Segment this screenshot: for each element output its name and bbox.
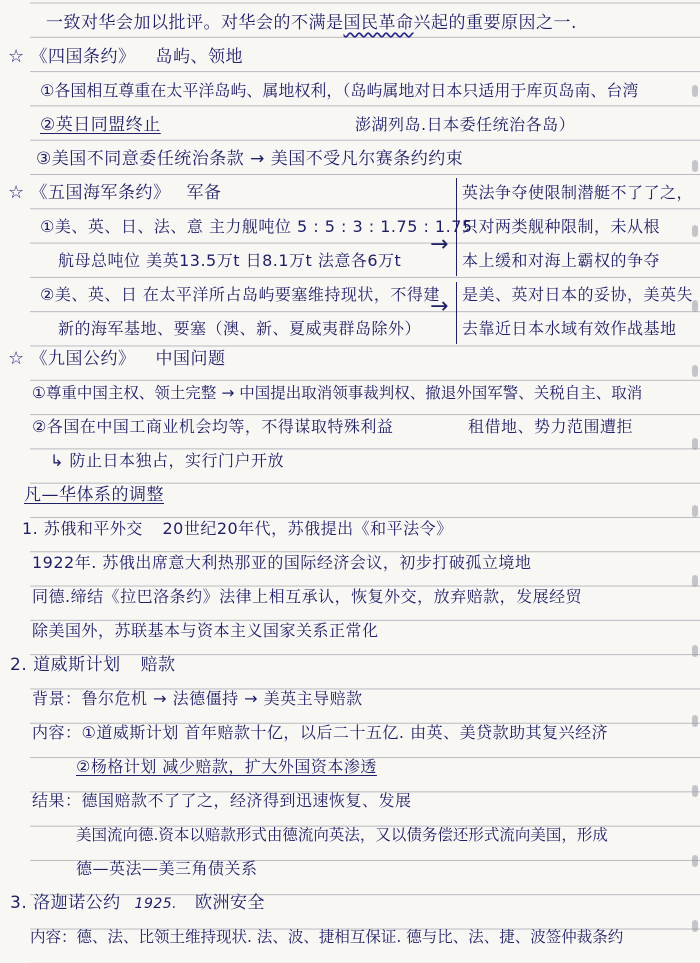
section-title: 《九国公约》 <box>31 349 136 369</box>
section-topic: 赔款 <box>141 655 176 675</box>
highlight-national-revolution: 国民革命 <box>344 13 414 33</box>
locarno-heading: 3. 洛迦诺公约 1925. 欧洲安全 <box>10 886 265 920</box>
star-icon: ☆ <box>8 46 25 67</box>
section-topic: 欧洲安全 <box>195 893 265 913</box>
soviet-line-2: 同德.缔结《拉巴洛条约》法律上相互承认，恢复外交，放弃赔款，发展经贸 <box>32 580 582 614</box>
adjustment-heading: 凡—华体系的调整 <box>24 478 164 512</box>
section-title: 2. 道威斯计划 <box>10 655 121 675</box>
five-power-item-2: ②美、英、日 在太平洋所占岛屿要塞维持现状，不得建 <box>40 278 440 312</box>
section-desc: 20世纪20年代，苏俄提出《和平法令》 <box>162 519 452 538</box>
section-title: 3. 洛迦诺公约 <box>10 893 121 913</box>
section-title: 1. 苏俄和平外交 <box>22 519 143 538</box>
five-power-note-1-line-3: 本上缓和对海上霸权的争夺 <box>462 244 660 278</box>
soviet-heading: 1. 苏俄和平外交 20世纪20年代，苏俄提出《和平法令》 <box>22 512 453 546</box>
four-power-item-2: ②英日同盟终止 <box>40 108 161 142</box>
intro-text-suffix: 兴起的重要原因之一. <box>414 13 577 33</box>
dawes-content-2: ②杨格计划 减少赔款，扩大外国资本渗透 <box>76 750 377 784</box>
binder-hole <box>692 855 698 867</box>
nine-power-item-2: ②各国在中国工商业机会均等，不得谋取特殊利益 <box>32 410 393 444</box>
four-power-item-3: ③美国不同意委任统治条款 → 美国不受凡尔赛条约约束 <box>36 142 463 176</box>
five-power-note-2-line-2: 去靠近日本水域有效作战基地 <box>462 312 677 346</box>
section-topic: 岛屿、领地 <box>155 47 243 67</box>
section-topic: 军备 <box>186 183 221 203</box>
dawes-background: 背景：鲁尔危机 → 法德僵持 → 美英主导赔款 <box>32 682 363 716</box>
intro-line: 一致对华会加以批评。对华会的不满是国民革命兴起的重要原因之一. <box>46 6 577 40</box>
binder-hole <box>692 505 698 517</box>
item-text: ②英日同盟终止 <box>40 115 161 135</box>
star-icon: ☆ <box>8 348 25 369</box>
dawes-result-2: 美国流向德.资本以赔款形式由德流向英法，又以债务偿还形式流向美国，形成 <box>76 818 608 852</box>
four-power-item-1: ①各国相互尊重在太平洋岛屿、属地权利，（岛屿属地对日本只适用于库页岛南、台湾 <box>40 74 638 108</box>
five-power-item-1: ①美、英、日、法、意 主力舰吨位 5 : 5 : 3 : 1.75 : 1.75 <box>40 210 473 244</box>
soviet-line-3: 除美国外，苏联基本与资本主义国家关系正常化 <box>32 614 379 648</box>
four-power-item-1-cont: 澎湖列岛.日本委任统治各岛） <box>355 108 575 142</box>
five-power-note-1-line-1: 英法争夺使限制潜艇不了了之， <box>462 176 693 210</box>
section-topic: 中国问题 <box>155 349 225 369</box>
binder-hole <box>692 225 698 237</box>
binder-hole <box>692 920 698 932</box>
section-title: 《五国海军条约》 <box>31 183 171 203</box>
nine-power-item-1: ①尊重中国主权、领土完整 → 中国提出取消领事裁判权、撤退外国军警、关税自主、取… <box>32 376 642 410</box>
binder-hole <box>692 438 698 450</box>
binder-holes <box>688 0 700 963</box>
binder-hole <box>692 160 698 172</box>
intro-text: 一致对华会加以批评。对华会的不满是 <box>46 13 344 33</box>
five-power-heading: ☆ 《五国海军条约》 军备 <box>8 176 221 210</box>
five-power-item-1-cont: 航母总吨位 美英13.5万t 日8.1万t 法意各6万t <box>58 244 401 278</box>
five-power-note-2-line-1: 是美、英对日本的妥协，美英失 <box>462 278 693 312</box>
nine-power-item-1-cont: 租借地、势力范围遭拒 <box>468 410 633 444</box>
soviet-line-1: 1922年. 苏俄出席意大利热那亚的国际经济会议，初步打破孤立境地 <box>32 546 531 580</box>
locarno-content: 内容：德、法、比领土维持现状. 法、波、捷相互保证. 德与比、法、捷、波签仲裁条… <box>30 920 623 954</box>
binder-hole <box>692 785 698 797</box>
section-year: 1925. <box>135 896 178 912</box>
binder-hole <box>692 645 698 657</box>
binder-hole <box>692 715 698 727</box>
five-power-note-1-line-2: 只对两类舰种限制，未从根 <box>462 210 660 244</box>
notebook-page: 一致对华会加以批评。对华会的不满是国民革命兴起的重要原因之一. ☆ 《四国条约》… <box>0 0 700 963</box>
binder-hole <box>692 575 698 587</box>
four-power-heading: ☆ 《四国条约》 岛屿、领地 <box>8 40 243 74</box>
dawes-result-3: 德—英法—美三角债关系 <box>76 852 258 886</box>
heading-text: 凡—华体系的调整 <box>24 485 164 505</box>
brace-bracket <box>456 178 457 276</box>
nine-power-heading: ☆ 《九国公约》 中国问题 <box>8 342 225 376</box>
arrow-icon: → <box>430 290 449 324</box>
five-power-item-2-cont: 新的海军基地、要塞（澳、新、夏威夷群岛除外） <box>58 312 421 346</box>
nine-power-sub: ↳ 防止日本独占，实行门户开放 <box>50 444 284 478</box>
dawes-content-1: 内容：①道威斯计划 首年赔款十亿，以后二十五亿. 由英、美贷款助其复兴经济 <box>32 716 608 750</box>
brace-bracket <box>456 282 457 344</box>
dawes-heading: 2. 道威斯计划 赔款 <box>10 648 176 682</box>
binder-hole <box>692 365 698 377</box>
dawes-result-1: 结果：德国赔款不了了之，经济得到迅速恢复、发展 <box>32 784 412 818</box>
arrow-icon: → <box>430 228 449 262</box>
binder-hole <box>692 85 698 97</box>
section-title: 《四国条约》 <box>31 47 136 67</box>
star-icon: ☆ <box>8 182 25 203</box>
item-text: ②杨格计划 减少赔款，扩大外国资本渗透 <box>76 757 377 776</box>
